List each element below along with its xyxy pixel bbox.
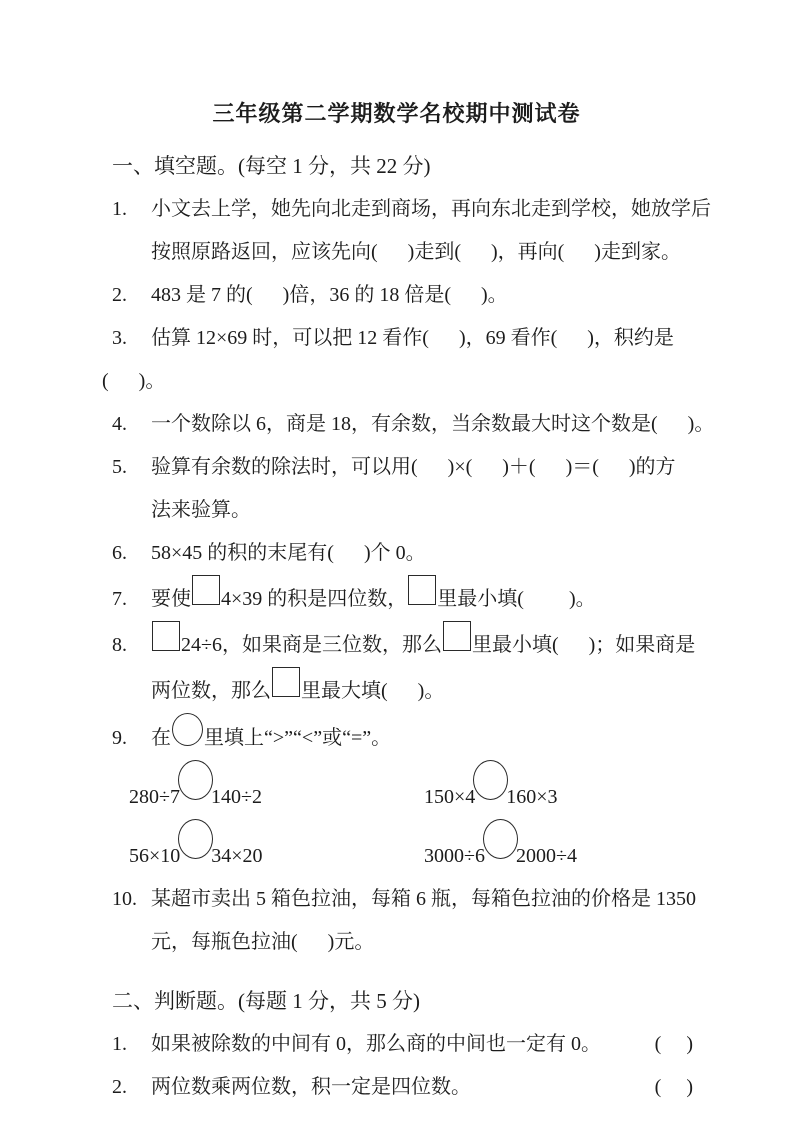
comparison-item: 280÷7140÷2 xyxy=(129,760,424,819)
question-7-line-1: 7.要使4×39 的积是四位数，里最小填( )。 xyxy=(112,575,693,621)
judgment-1-text: 1.如果被除数的中间有 0，那么商的中间也一定有 0。 xyxy=(112,1023,601,1066)
expression-right: 2000÷4 xyxy=(516,845,577,867)
expression-left: 150×4 xyxy=(424,786,475,808)
comparison-item: 56×1034×20 xyxy=(129,819,424,878)
judgment-1-number: 1. xyxy=(112,1023,151,1066)
question-3-number: 3. xyxy=(112,317,151,360)
comparison-circle xyxy=(178,819,213,859)
paper-content: 一、填空题。(每空 1 分，共 22 分) 1.小文去上学，她先向北走到商场，再… xyxy=(112,145,693,1109)
judgment-2-statement: 两位数乘两位数，积一定是四位数。 xyxy=(151,1076,471,1098)
question-8-number: 8. xyxy=(112,624,151,667)
comparison-circle xyxy=(473,760,508,800)
expression-left: 56×10 xyxy=(129,845,180,867)
judgment-question-2: 2.两位数乘两位数，积一定是四位数。 ( ) xyxy=(112,1066,693,1109)
question-5-text-continued: 法来验算。 xyxy=(151,499,251,521)
expression-left: 3000÷6 xyxy=(424,845,485,867)
judgment-1-answer-blank: ( ) xyxy=(655,1023,693,1066)
question-9-comparison-row-1: 280÷7140÷2 150×4160×3 xyxy=(112,760,693,819)
question-3-line-1: 3.估算 12×69 时，可以把 12 看作( )，69 看作( )，积约是 xyxy=(112,317,693,360)
expression-left: 280÷7 xyxy=(129,786,180,808)
question-4-text: 一个数除以 6，商是 18，有余数，当余数最大时这个数是( )。 xyxy=(151,413,714,435)
test-paper-page: 三年级第二学期数学名校期中测试卷 一、填空题。(每空 1 分，共 22 分) 1… xyxy=(0,0,793,1122)
question-10-line-2: 元，每瓶色拉油( )元。 xyxy=(112,921,693,964)
blank-box xyxy=(408,575,436,605)
blank-box xyxy=(443,621,471,651)
question-8-text-d: 里最大填( )。 xyxy=(301,680,444,702)
question-3-text-continued: ( )。 xyxy=(102,370,165,392)
question-5-text: 验算有余数的除法时，可以用( )×( )＋( )＝( )的方 xyxy=(151,456,676,478)
question-8-text-c: 两位数，那么 xyxy=(151,680,271,702)
question-2-number: 2. xyxy=(112,274,151,317)
judgment-question-1: 1.如果被除数的中间有 0，那么商的中间也一定有 0。 ( ) xyxy=(112,1023,693,1066)
question-4-line-1: 4.一个数除以 6，商是 18，有余数，当余数最大时这个数是( )。 xyxy=(112,403,693,446)
comparison-circle xyxy=(178,760,213,800)
question-4-number: 4. xyxy=(112,403,151,446)
question-3-line-2: ( )。 xyxy=(102,360,693,403)
question-8-line-2: 两位数，那么里最大填( )。 xyxy=(112,667,693,713)
question-5-line-2: 法来验算。 xyxy=(112,489,693,532)
question-1-number: 1. xyxy=(112,188,151,231)
blank-box xyxy=(192,575,220,605)
exam-title: 三年级第二学期数学名校期中测试卷 xyxy=(0,0,793,129)
question-10-text: 某超市卖出 5 箱色拉油，每箱 6 瓶，每箱色拉油的价格是 1350 xyxy=(151,888,696,910)
question-2-line-1: 2.483 是 7 的( )倍，36 的 18 倍是( )。 xyxy=(112,274,693,317)
question-6-line-1: 6.58×45 的积的末尾有( )个 0。 xyxy=(112,532,693,575)
question-1-line-2: 按照原路返回，应该先向( )走到( )，再向( )走到家。 xyxy=(112,231,693,274)
question-6-text: 58×45 的积的末尾有( )个 0。 xyxy=(151,542,426,564)
comparison-item: 150×4160×3 xyxy=(424,760,558,819)
question-9-text-b: 里填上“>”“<”或“=”。 xyxy=(204,727,391,749)
question-1-text: 小文去上学，她先向北走到商场，再向东北走到学校，她放学后 xyxy=(151,198,711,220)
question-8-line-1: 8.24÷6，如果商是三位数，那么里最小填( )；如果商是 xyxy=(112,621,693,667)
question-7-text-b: 4×39 的积是四位数， xyxy=(221,588,407,610)
question-8-text-a: 24÷6，如果商是三位数，那么 xyxy=(181,634,442,656)
question-10-number: 10. xyxy=(112,878,151,921)
section-1-heading: 一、填空题。(每空 1 分，共 22 分) xyxy=(112,145,693,188)
question-5-line-1: 5.验算有余数的除法时，可以用( )×( )＋( )＝( )的方 xyxy=(112,446,693,489)
blank-box xyxy=(272,667,300,697)
judgment-2-text: 2.两位数乘两位数，积一定是四位数。 xyxy=(112,1066,471,1109)
question-6-number: 6. xyxy=(112,532,151,575)
judgment-2-answer-blank: ( ) xyxy=(655,1066,693,1109)
section-2-heading: 二、判断题。(每题 1 分，共 5 分) xyxy=(112,980,693,1023)
expression-right: 140÷2 xyxy=(211,786,262,808)
judgment-1-statement: 如果被除数的中间有 0，那么商的中间也一定有 0。 xyxy=(151,1033,601,1055)
question-8-text-b: 里最小填( )；如果商是 xyxy=(472,634,695,656)
question-3-text: 估算 12×69 时，可以把 12 看作( )，69 看作( )，积约是 xyxy=(151,327,674,349)
question-7-text-c: 里最小填( )。 xyxy=(437,588,595,610)
question-9-comparison-row-2: 56×1034×20 3000÷62000÷4 xyxy=(112,819,693,878)
expression-right: 160×3 xyxy=(506,786,557,808)
comparison-item: 3000÷62000÷4 xyxy=(424,819,577,878)
question-9-number: 9. xyxy=(112,717,151,760)
question-10-line-1: 10.某超市卖出 5 箱色拉油，每箱 6 瓶，每箱色拉油的价格是 1350 xyxy=(112,878,693,921)
judgment-2-number: 2. xyxy=(112,1066,151,1109)
question-7-text-a: 要使 xyxy=(151,588,191,610)
expression-right: 34×20 xyxy=(211,845,262,867)
blank-circle xyxy=(172,713,203,746)
question-1-line-1: 1.小文去上学，她先向北走到商场，再向东北走到学校，她放学后 xyxy=(112,188,693,231)
blank-box xyxy=(152,621,180,651)
question-5-number: 5. xyxy=(112,446,151,489)
question-7-number: 7. xyxy=(112,578,151,621)
question-9-text-a: 在 xyxy=(151,727,171,749)
question-1-text-continued: 按照原路返回，应该先向( )走到( )，再向( )走到家。 xyxy=(151,241,681,263)
question-2-text: 483 是 7 的( )倍，36 的 18 倍是( )。 xyxy=(151,284,508,306)
question-9-line-1: 9.在里填上“>”“<”或“=”。 xyxy=(112,713,693,760)
comparison-circle xyxy=(483,819,518,859)
question-10-text-continued: 元，每瓶色拉油( )元。 xyxy=(151,931,374,953)
